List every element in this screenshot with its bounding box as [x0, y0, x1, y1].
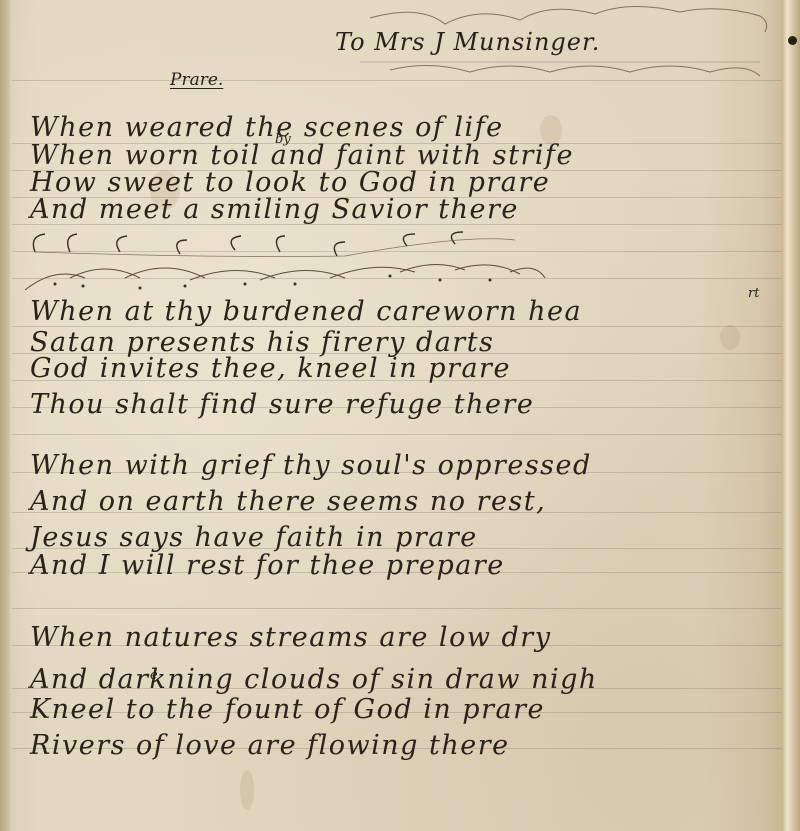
manuscript-page: To Mrs J Munsinger. Prare. by When weare… — [0, 0, 800, 831]
stanza-divider-flourish-icon — [15, 222, 785, 290]
poem-line: And I will rest for thee prepare — [30, 550, 505, 581]
poem-line: Jesus says have faith in prare — [30, 522, 478, 553]
poem-line: When at thy burdened careworn hea — [30, 296, 582, 327]
poem-line: Thou shalt find sure refuge there — [30, 389, 534, 420]
poem-line: When with grief thy soul's oppressed — [30, 450, 592, 481]
poem-line: Kneel to the fount of God in prare — [30, 694, 545, 725]
insertion-mark: rt — [748, 286, 759, 301]
poem-line: When weared the scenes of life — [30, 112, 504, 143]
poem-line: God invites thee, kneel in prare — [30, 353, 511, 384]
ruled-line — [12, 608, 782, 609]
dedication-heading: To Mrs J Munsinger. — [335, 28, 600, 56]
page-left-edge — [0, 0, 10, 831]
poem-line: When natures streams are low dry — [30, 622, 551, 653]
poem-line: And darkning clouds of sin draw nigh — [30, 664, 598, 695]
poem-line: And meet a smiling Savior there — [30, 194, 519, 225]
binding-hole — [788, 36, 797, 45]
poem-line: Rivers of love are flowing there — [30, 730, 510, 761]
poem-title: Prare. — [170, 70, 223, 90]
poem-line: And on earth there seems no rest, — [30, 486, 546, 517]
ruled-line — [12, 434, 782, 435]
paper-stain — [720, 325, 740, 350]
page-binding-edge — [782, 0, 800, 831]
paper-stain — [240, 770, 254, 810]
